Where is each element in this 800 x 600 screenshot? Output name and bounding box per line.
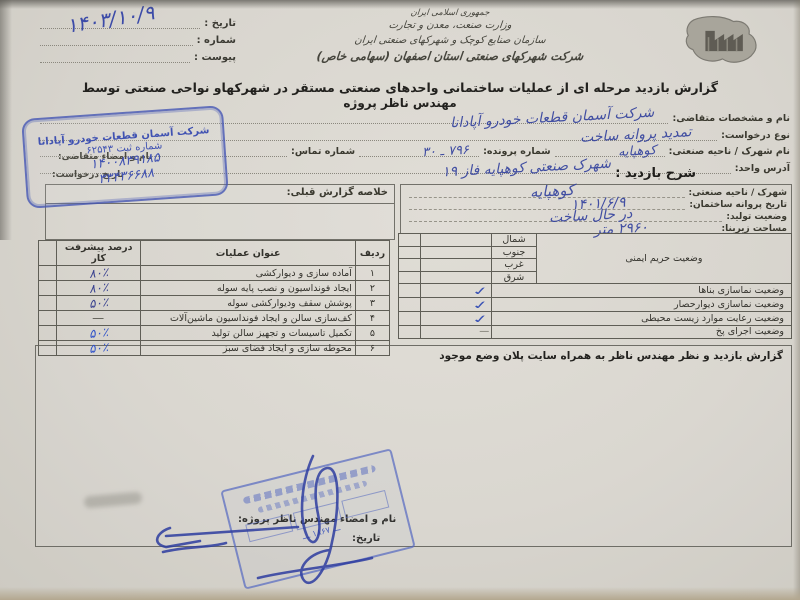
- ops-rownum: ۴: [355, 311, 389, 326]
- org-line-company: شرکت شهرکهای صنعتی استان اصفهان (سهامی خ…: [284, 48, 616, 65]
- status-spacer: [399, 298, 421, 312]
- chamfer-label: وضعیت اجرای پخ: [492, 326, 792, 339]
- ops-header-row: ردیف عنوان عملیات درصد پیشرفتکار: [39, 241, 390, 266]
- production-status-fill-line: در حال ساخت: [409, 211, 722, 222]
- status-spacer: [399, 259, 421, 272]
- ops-title: ایجاد فونداسیون و نصب پایه سوله: [141, 281, 356, 296]
- ops-spacer: [39, 296, 57, 311]
- ops-header-spacer: [39, 241, 57, 266]
- progress-handwritten: ۸۰٪: [88, 266, 109, 281]
- attachment-fill-line: [40, 51, 190, 63]
- dash-mark: —: [479, 326, 489, 337]
- status-spacer: [399, 246, 421, 259]
- ops-spacer: [39, 281, 57, 296]
- ops-row-6: ۶ محوطه سازی و ایجاد فضای سبز ۵۰٪: [39, 341, 390, 356]
- visit-estate-fill-line: کوهپایه: [409, 187, 685, 198]
- visit-detail-block: شهرک / ناحیه صنعتی: کوهپایه تاریخ پروانه…: [400, 184, 792, 234]
- ops-rownum: ۶: [355, 341, 389, 356]
- status-safety-north-row: وضعیت حریم ایمنی شمال: [399, 234, 792, 247]
- letterhead-org-block: جمهوری اسلامی ایران وزارت صنعت، معدن و ت…: [285, 7, 615, 65]
- direction-west: غرب: [492, 259, 537, 272]
- safety-east-value: [421, 271, 492, 284]
- visit-estate-label: شهرک / ناحیه صنعتی:: [689, 188, 788, 198]
- chamfer-mark: —: [421, 326, 492, 339]
- progress-handwritten: ۵۰٪: [88, 341, 109, 356]
- direction-south: جنوب: [492, 246, 537, 259]
- site-status-table: وضعیت حریم ایمنی شمال جنوب غرب شرق وضعیت…: [398, 233, 792, 339]
- permit-date-label: تاریخ پروانه ساختمان:: [689, 200, 787, 210]
- production-status-row: وضعیت تولید: در حال ساخت: [405, 210, 787, 222]
- status-spacer: [399, 234, 421, 247]
- checkmark: ✓: [470, 298, 492, 311]
- facade-buildings-label: وضعیت نماسازی بناها: [492, 284, 792, 298]
- file-number-fill-line: ۷۹۶ ـ ۳۰: [359, 143, 479, 157]
- progress-handwritten: ۵۰٪: [88, 326, 109, 341]
- number-fill-line: [40, 34, 193, 46]
- ops-progress: ۸۰٪: [57, 281, 141, 296]
- status-spacer: [399, 326, 421, 339]
- ops-row-1: ۱ آماده سازی و دیوارکشی ۸۰٪: [39, 266, 390, 281]
- safety-west-value: [421, 259, 492, 272]
- letterhead-meta-fields: ۱۴۰۳/۱۰/۹ تاریخ : شماره : پیوست :: [36, 17, 236, 68]
- ops-progress: ۵۰٪: [57, 326, 141, 341]
- file-number-label: شماره پرونده:: [483, 146, 551, 157]
- status-spacer: [399, 312, 421, 326]
- environment-mark: ✓: [421, 312, 492, 326]
- safety-south-value: [421, 246, 492, 259]
- ops-progress: ۵۰٪: [57, 341, 141, 356]
- ops-title: پوشش سقف ودیوارکشی سوله: [141, 296, 356, 311]
- visit-description-heading: شرح بازدید :: [615, 166, 696, 181]
- direction-east: شرق: [492, 271, 537, 284]
- iran-map-industry-logo-icon: [682, 13, 760, 69]
- photo-edge-right: [793, 0, 800, 600]
- progress-handwritten: ۸۰٪: [88, 281, 109, 296]
- applicant-label: نام و مشخصات متقاضی:: [672, 113, 790, 124]
- production-status-label: وضعیت تولید:: [726, 212, 787, 222]
- status-environment-row: وضعیت رعایت موارد زیست محیطی ✓: [399, 312, 792, 326]
- ops-progress: —: [57, 311, 141, 326]
- direction-north: شمال: [492, 234, 537, 247]
- ops-row-2: ۲ ایجاد فونداسیون و نصب پایه سوله ۸۰٪: [39, 281, 390, 296]
- facade-wall-mark: ✓: [421, 298, 492, 312]
- progress-handwritten: ۵۰٪: [88, 296, 109, 311]
- org-line-organization: سازمان صنایع کوچک و شهرکهای صنعتی ایران: [284, 34, 616, 49]
- status-spacer: [399, 271, 421, 284]
- ops-title: آماده سازی و دیوارکشی: [141, 266, 356, 281]
- photo-edge-top: [0, 0, 800, 9]
- ops-spacer: [39, 311, 57, 326]
- status-facade-buildings-row: وضعیت نماسازی بناها ✓: [399, 284, 792, 298]
- unit-address-handwritten-value: شهرک صنعتی کوهپایه فاز ۱۹: [441, 155, 611, 180]
- environment-label: وضعیت رعایت موارد زیست محیطی: [492, 312, 792, 326]
- estate-name-handwritten-value: کوهپایه: [618, 143, 657, 160]
- meta-attachment-row: پیوست :: [36, 51, 236, 63]
- ops-rownum: ۲: [355, 281, 389, 296]
- ops-title: تکمیل تاسیسات و تجهیز سالن تولید: [141, 326, 356, 341]
- ops-progress: ۸۰٪: [57, 266, 141, 281]
- ops-rownum: ۱: [355, 266, 389, 281]
- progress-handwritten: —: [92, 311, 105, 325]
- checkmark: ✓: [470, 312, 492, 325]
- ops-header-progress: درصد پیشرفتکار: [57, 241, 141, 266]
- photo-edge-bottom: [0, 587, 800, 600]
- ops-progress: ۵۰٪: [57, 296, 141, 311]
- checkmark: ✓: [470, 284, 492, 297]
- facade-buildings-mark: ✓: [421, 284, 492, 298]
- date-label: تاریخ :: [204, 18, 236, 29]
- file-number-handwritten-value: ۷۹۶ ـ ۳۰: [422, 143, 470, 160]
- scanned-inspection-form: جمهوری اسلامی ایران وزارت صنعت، معدن و ت…: [0, 0, 800, 600]
- ops-header-rownum: ردیف: [355, 241, 389, 266]
- status-chamfer-row: وضعیت اجرای پخ —: [399, 326, 792, 339]
- operations-progress-table: ردیف عنوان عملیات درصد پیشرفتکار ۱ آماده…: [38, 240, 390, 356]
- ops-rownum: ۵: [355, 326, 389, 341]
- org-line-ministry: وزارت صنعت، معدن و تجارت: [284, 19, 616, 34]
- safety-north-value: [421, 234, 492, 247]
- safety-perimeter-label: وضعیت حریم ایمنی: [536, 234, 791, 284]
- ops-row-3: ۳ پوشش سقف ودیوارکشی سوله ۵۰٪: [39, 296, 390, 311]
- ops-title: کف‌سازی سالن و ایجاد فونداسیون ماشین‌آلا…: [141, 311, 356, 326]
- attachment-label: پیوست :: [194, 52, 236, 63]
- form-title-line1: گزارش بازدید مرحله ای از عملیات ساختمانی…: [40, 80, 760, 95]
- ops-spacer: [39, 341, 57, 356]
- status-spacer: [399, 284, 421, 298]
- ops-row-5: ۵ تکمیل تاسیسات و تجهیز سالن تولید ۵۰٪: [39, 326, 390, 341]
- number-label: شماره :: [197, 35, 236, 46]
- estate-name-label: نام شهرک / ناحیه صنعتی:: [669, 146, 790, 157]
- meta-number-row: شماره :: [36, 34, 236, 46]
- ops-title: محوطه سازی و ایجاد فضای سبز: [141, 341, 356, 356]
- permit-date-fill-line: ۱۴۰۱/۶/۹: [409, 199, 685, 210]
- ops-row-4: ۴ کف‌سازی سالن و ایجاد فونداسیون ماشین‌آ…: [39, 311, 390, 326]
- applicant-company-stamp: شرکت آسمان قطعات خودرو آپادانا شماره ثبت…: [21, 105, 229, 209]
- engineer-signature-scrawl: [108, 440, 418, 598]
- ops-spacer: [39, 326, 57, 341]
- phone-label: شماره تماس:: [291, 146, 355, 157]
- photo-edge-left: [0, 0, 12, 240]
- ops-rownum: ۳: [355, 296, 389, 311]
- unit-address-label: آدرس واحد:: [735, 163, 790, 174]
- request-type-label: نوع درخواست:: [721, 130, 790, 141]
- status-facade-wall-row: وضعیت نماسازی دیوارحصار ✓: [399, 298, 792, 312]
- ops-header-title: عنوان عملیات: [141, 241, 356, 266]
- ops-spacer: [39, 266, 57, 281]
- facade-wall-label: وضعیت نماسازی دیوارحصار: [492, 298, 792, 312]
